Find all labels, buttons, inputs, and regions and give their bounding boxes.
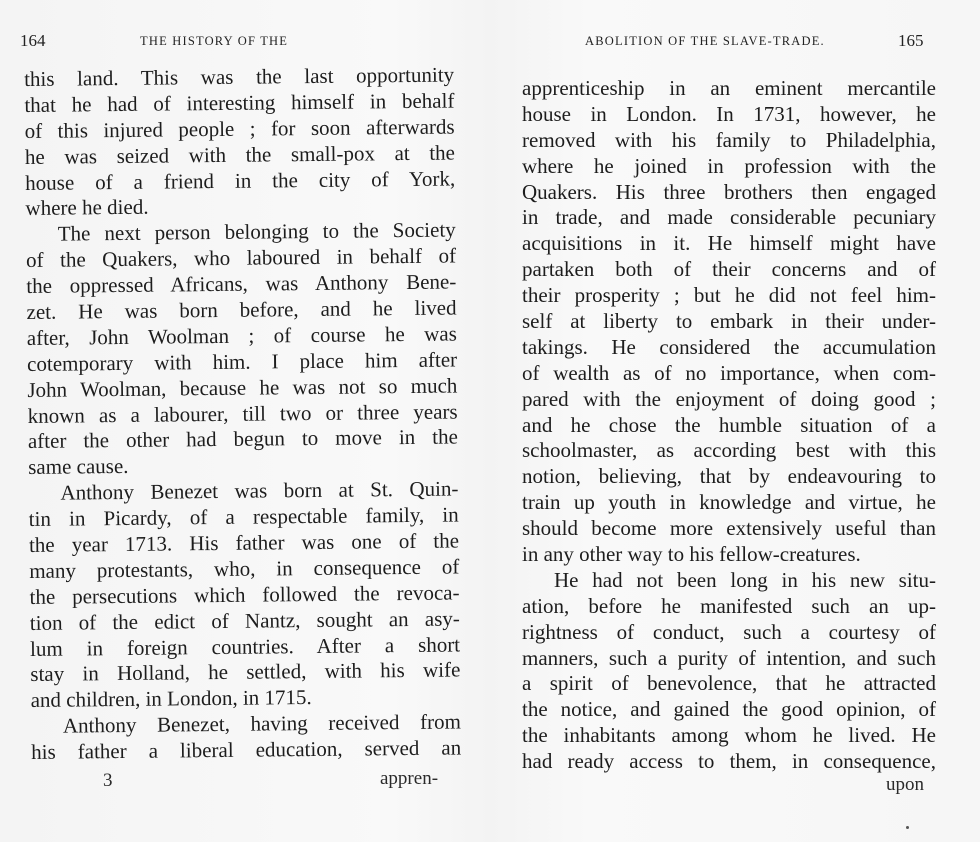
page-number-left: 164: [20, 31, 46, 51]
text-line: his father a liberal education, served a…: [31, 736, 461, 766]
text-line: after the other had begun to move in the: [28, 425, 458, 455]
text-line: Quakers. His three brothers then engaged: [522, 180, 936, 206]
text-line: their prosperity ; but he did not feel h…: [522, 283, 936, 309]
running-head-left: THE HISTORY OF THE: [140, 34, 288, 49]
text-line: pared with the enjoyment of doing good ;: [522, 387, 936, 413]
page-number-right: 165: [898, 31, 924, 51]
text-line: he was seized with the small-pox at the: [25, 140, 455, 170]
right-page: ABOLITION OF THE SLAVE-TRADE. 165 appren…: [490, 0, 980, 842]
text-line: apprenticeship in an eminent mercantile: [522, 76, 936, 102]
catchword-right: upon: [886, 774, 924, 796]
text-line: the inhabitants among whom he lived. He: [522, 723, 936, 749]
text-line: acquisitions in it. He himself might hav…: [522, 231, 936, 257]
text-line: and he chose the humble situation of a: [522, 413, 936, 439]
running-head-right: ABOLITION OF THE SLAVE-TRADE.: [585, 34, 825, 49]
text-line: John Woolman, because he was not so much: [27, 373, 457, 403]
text-line: He had not been long in his new situ-: [522, 568, 936, 594]
text-line: partaken both of their concerns and of: [522, 257, 936, 283]
signature-mark: 3: [103, 770, 113, 792]
left-page: 164 THE HISTORY OF THE this land. This w…: [0, 0, 490, 842]
text-line: in trade, and made considerable pecuniar…: [522, 205, 936, 231]
text-line: had ready access to them, in consequence…: [522, 749, 936, 775]
text-line: self at liberty to embark in their under…: [522, 309, 936, 335]
text-line: notion, believing, that by endeavouring …: [522, 464, 936, 490]
text-line: where he joined in profession with the: [522, 154, 936, 180]
text-line: of this injured people ; for soon afterw…: [25, 114, 455, 144]
text-line: train up youth in knowledge and virtue, …: [522, 490, 936, 516]
text-line: takings. He considered the accumulation: [522, 335, 936, 361]
text-line: manners, such a purity of intention, and…: [522, 646, 936, 672]
catchword-left: appren-: [380, 768, 438, 790]
text-line: of wealth as of no importance, when com-: [522, 361, 936, 387]
text-line: should become more extensively useful th…: [522, 516, 936, 542]
ink-speck: [906, 826, 909, 829]
right-page-body-text: apprenticeship in an eminent mercantileh…: [522, 76, 936, 775]
text-line: in any other way to his fellow-creatures…: [522, 542, 936, 568]
text-line: cotemporary with him. I place him after: [27, 347, 457, 377]
text-line: house in London. In 1731, however, he: [522, 102, 936, 128]
text-line: rightness of conduct, such a courtesy of: [522, 620, 936, 646]
text-line: ation, before he manifested such an up-: [522, 594, 936, 620]
text-line: a spirit of benevolence, that he attract…: [522, 671, 936, 697]
text-line: house of a friend in the city of York,: [25, 166, 455, 196]
book-spread: 164 THE HISTORY OF THE this land. This w…: [0, 0, 980, 842]
text-line: the notice, and gained the good opinion,…: [522, 697, 936, 723]
left-page-body-text: this land. This was the last opportunity…: [24, 62, 461, 766]
text-line: tion of the edict of Nantz, sought an as…: [30, 606, 460, 636]
text-line: schoolmaster, as according best with thi…: [522, 438, 936, 464]
text-line: stay in Holland, he settled, with his wi…: [30, 658, 460, 688]
text-line: removed with his family to Philadelphia,: [522, 128, 936, 154]
text-line: the persecutions which followed the revo…: [29, 580, 459, 610]
